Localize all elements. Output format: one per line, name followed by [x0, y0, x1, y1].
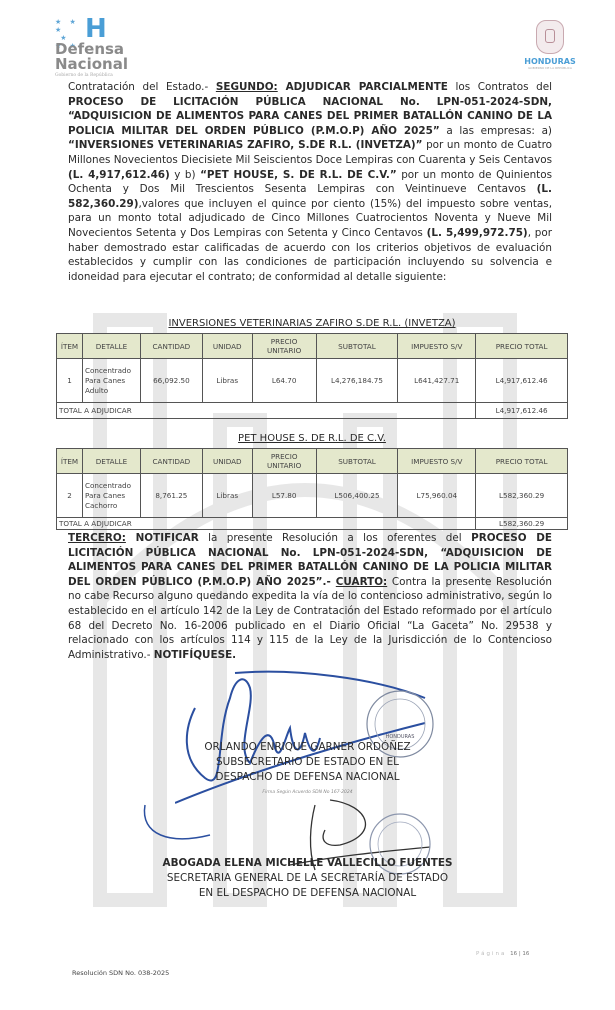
resolution-number: Resolución SDN No. 038-2025 [72, 969, 169, 977]
signature-2-block: ABOGADA ELENA MICHELLE VALLECILLO FUENTE… [0, 856, 615, 901]
paragraph-tercero-cuarto: TERCERO: NOTIFICAR la presente Resolució… [68, 531, 552, 662]
amount-a: (L. 4,917,612.46) [68, 169, 170, 181]
award-table-invetza: ÍTEM DETALLE CANTIDAD UNIDAD PRECIO UNIT… [56, 333, 568, 419]
table-2-title: PET HOUSE S. DE R.L. DE C.V. [56, 433, 568, 444]
logo-subtitle: Gobierno de la República [55, 73, 113, 78]
award-table-pet-house: ÍTEM DETALLE CANTIDAD UNIDAD PRECIO UNIT… [56, 448, 568, 530]
signer-1-title-line1: SUBSECRETARIO DE ESTADO EN EL [0, 755, 615, 770]
paragraph-segundo: Contratación del Estado.- SEGUNDO: ADJUD… [68, 80, 552, 284]
company-b: “PET HOUSE, S. DE R.L. DE C.V.” [200, 169, 397, 181]
table-total-row: TOTAL A ADJUDICAR L4,917,612.46 [57, 403, 568, 419]
page-number: 16 | 16 [510, 951, 529, 957]
table-row: 1 Concentrado Para Canes Adulto 66,092.5… [57, 359, 568, 403]
page-indicator: Página 16 | 16 [476, 951, 529, 957]
cuarto-label: CUARTO: [336, 576, 387, 588]
signer-2-name: ABOGADA ELENA MICHELLE VALLECILLO FUENTE… [0, 856, 615, 871]
defensa-nacional-logo: ★ ★ ★ ★★ ★ H Defensa Nacional Gobierno d… [55, 18, 165, 84]
table-row: 2 Concentrado Para Canes Cachorro 8,761.… [57, 474, 568, 518]
coat-of-arms-icon [536, 20, 564, 54]
honduras-logo: HONDURAS GOBIERNO DE LA REPÚBLICA [520, 20, 580, 80]
table-header-row: ÍTEM DETALLE CANTIDAD UNIDAD PRECIO UNIT… [57, 449, 568, 474]
stars-icon: ★ ★ ★ ★★ ★ [55, 18, 87, 40]
honduras-label: HONDURAS [520, 57, 580, 66]
honduras-subtitle: GOBIERNO DE LA REPÚBLICA [520, 66, 580, 70]
company-a: “INVERSIONES VETERINARIAS ZAFIRO, S.DE R… [68, 139, 422, 151]
segundo-label: SEGUNDO: [216, 81, 278, 93]
table-header-row: ÍTEM DETALLE CANTIDAD UNIDAD PRECIO UNIT… [57, 334, 568, 359]
signer-1-name: ORLANDO ENRIQUE GARNER ORDÓÑEZ [0, 740, 615, 755]
signer-2-title-line2: EN EL DESPACHO DE DEFENSA NACIONAL [0, 886, 615, 901]
tercero-label: TERCERO: [68, 532, 126, 544]
signer-1-title-line2: DESPACHO DE DEFENSA NACIONAL [0, 770, 615, 785]
signature-1-block: ORLANDO ENRIQUE GARNER ORDÓÑEZ SUBSECRET… [0, 740, 615, 800]
amount-total: (L. 5,499,972.75) [427, 227, 528, 239]
signer-2-title-line1: SECRETARIA GENERAL DE LA SECRETARÍA DE E… [0, 871, 615, 886]
logo-name-line2: Nacional [55, 57, 128, 72]
notifiquese: NOTIFÍQUESE. [154, 649, 236, 661]
signature-note: Firma Según Acuerdo SDN No 167-2024 [0, 785, 615, 800]
table-1-title: INVERSIONES VETERINARIAS ZAFIRO S.DE R.L… [56, 318, 568, 329]
table-total-row: TOTAL A ADJUDICAR L582,360.29 [57, 518, 568, 530]
